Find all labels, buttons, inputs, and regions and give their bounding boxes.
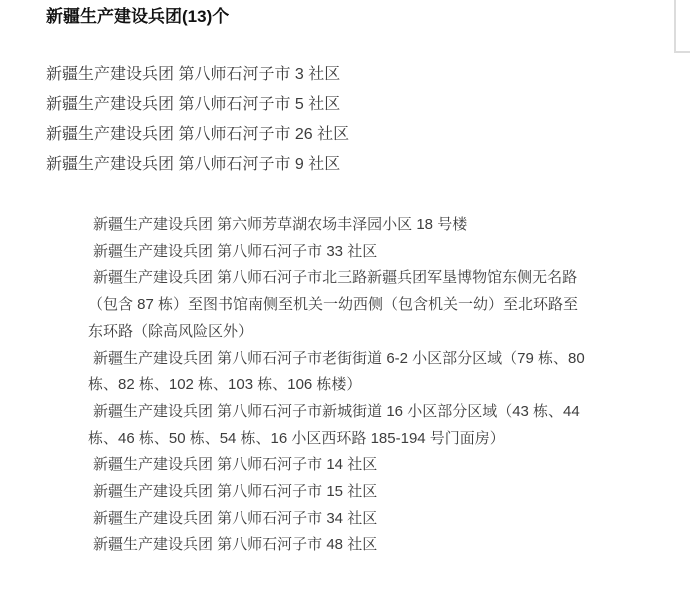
- item-line: 新疆生产建设兵团 第八师石河子市新城街道 16 小区部分区域（43 栋、44: [88, 399, 585, 426]
- list-item: 新疆生产建设兵团 第八师石河子市 48 社区: [88, 532, 585, 559]
- item-line: （包含 87 栋）至图书馆南侧至机关一幼西侧（包含机关一幼）至北环路至: [88, 292, 585, 319]
- list-item: 新疆生产建设兵团 第八师石河子市 3 社区: [46, 60, 349, 90]
- document-page: 新疆生产建设兵团(13)个 新疆生产建设兵团 第八师石河子市 3 社区新疆生产建…: [0, 0, 690, 596]
- item-line: 新疆生产建设兵团 第八师石河子市北三路新疆兵团军垦博物馆东侧无名路: [88, 265, 585, 292]
- list-item: 新疆生产建设兵团 第八师石河子市 14 社区: [88, 452, 585, 479]
- list-item: 新疆生产建设兵团 第八师石河子市 34 社区: [88, 506, 585, 533]
- list-item: 新疆生产建设兵团 第八师石河子市老街街道 6-2 小区部分区域（79 栋、80栋…: [88, 346, 585, 399]
- community-list-primary: 新疆生产建设兵团 第八师石河子市 3 社区新疆生产建设兵团 第八师石河子市 5 …: [46, 60, 349, 180]
- item-line: 新疆生产建设兵团 第八师石河子市老街街道 6-2 小区部分区域（79 栋、80: [88, 346, 585, 373]
- item-line: 新疆生产建设兵团 第八师石河子市 33 社区: [88, 239, 585, 266]
- list-item: 新疆生产建设兵团 第八师石河子市新城街道 16 小区部分区域（43 栋、44栋、…: [88, 399, 585, 452]
- list-item: 新疆生产建设兵团 第六师芳草湖农场丰泽园小区 18 号楼: [88, 212, 585, 239]
- list-item: 新疆生产建设兵团 第八师石河子市 15 社区: [88, 479, 585, 506]
- item-line: 新疆生产建设兵团 第六师芳草湖农场丰泽园小区 18 号楼: [88, 212, 585, 239]
- page-title: 新疆生产建设兵团(13)个: [46, 5, 229, 29]
- community-list-secondary: 新疆生产建设兵团 第六师芳草湖农场丰泽园小区 18 号楼新疆生产建设兵团 第八师…: [88, 212, 585, 559]
- list-item: 新疆生产建设兵团 第八师石河子市 9 社区: [46, 150, 349, 180]
- item-line: 栋、46 栋、50 栋、54 栋、16 小区西环路 185-194 号门面房）: [88, 426, 585, 453]
- item-line: 新疆生产建设兵团 第八师石河子市 48 社区: [88, 532, 585, 559]
- list-item: 新疆生产建设兵团 第八师石河子市 26 社区: [46, 120, 349, 150]
- item-line: 新疆生产建设兵团 第八师石河子市 15 社区: [88, 479, 585, 506]
- item-line: 东环路（除高风险区外）: [88, 319, 585, 346]
- list-item: 新疆生产建设兵团 第八师石河子市北三路新疆兵团军垦博物馆东侧无名路（包含 87 …: [88, 265, 585, 345]
- list-item: 新疆生产建设兵团 第八师石河子市 33 社区: [88, 239, 585, 266]
- item-line: 新疆生产建设兵团 第八师石河子市 34 社区: [88, 506, 585, 533]
- item-line: 栋、82 栋、102 栋、103 栋、106 栋楼）: [88, 372, 585, 399]
- list-item: 新疆生产建设兵团 第八师石河子市 5 社区: [46, 90, 349, 120]
- cropped-box-corner: [674, 0, 690, 53]
- item-line: 新疆生产建设兵团 第八师石河子市 14 社区: [88, 452, 585, 479]
